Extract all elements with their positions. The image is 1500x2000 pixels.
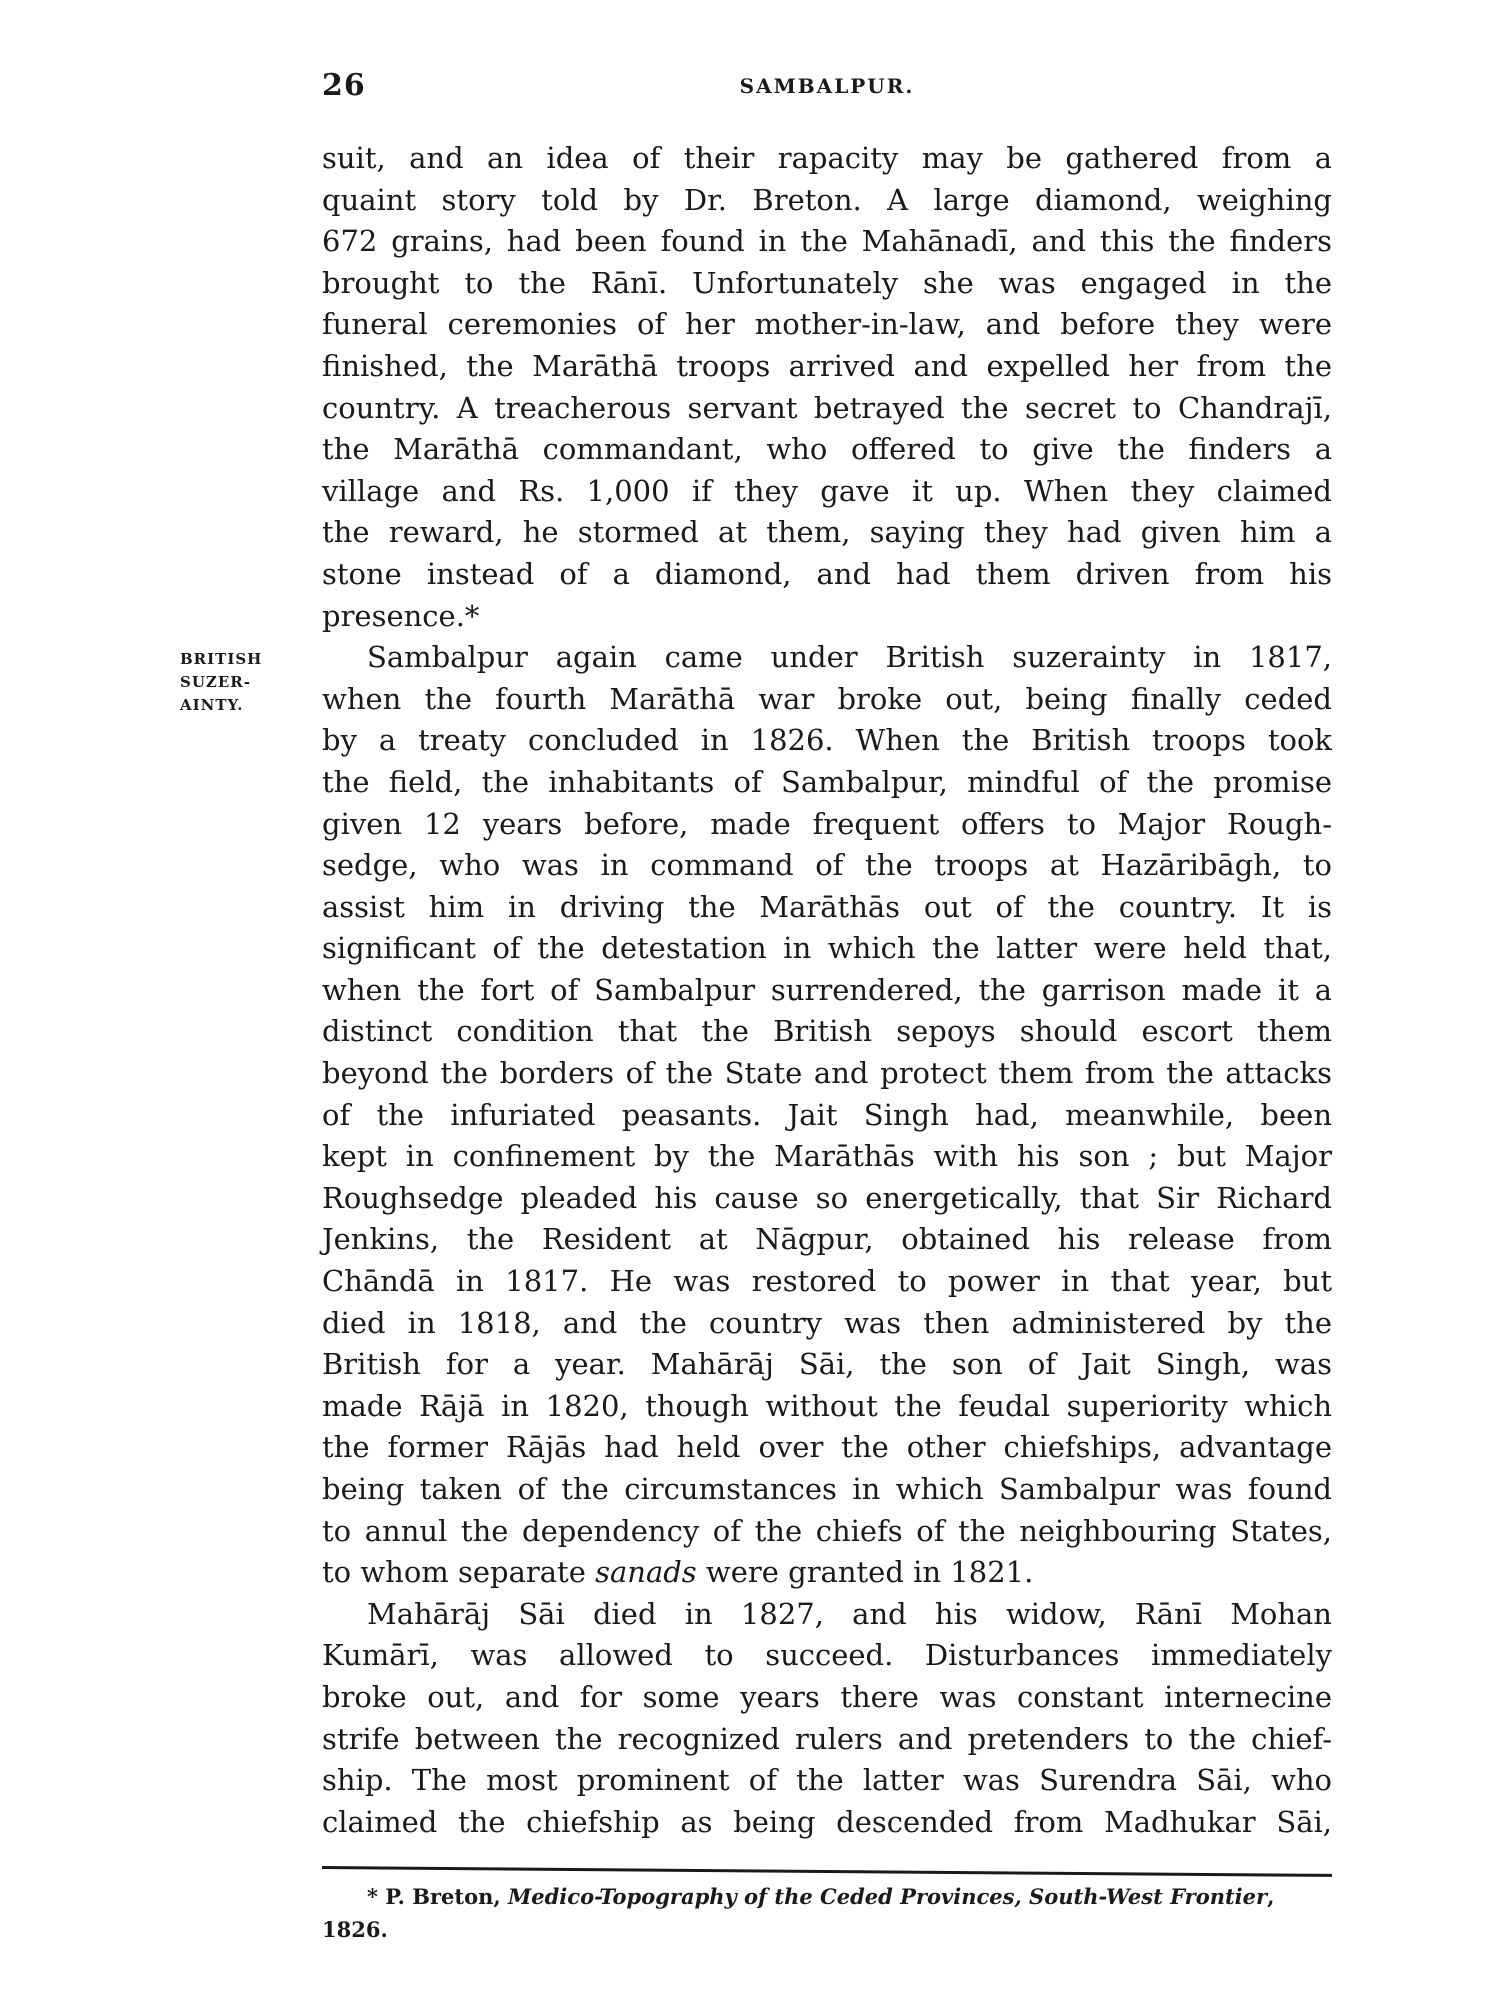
running-head: SAMBALPUR.	[322, 74, 1332, 98]
footnote-suffix: ,	[1267, 1884, 1274, 1909]
text-line: broke out, and for some years there was …	[322, 1677, 1332, 1719]
italic-term: sanads	[595, 1555, 697, 1589]
text-line: strife between the recognized rulers and…	[322, 1719, 1332, 1761]
text-line: sedge, who was in command of the troops …	[322, 845, 1332, 887]
marginal-note: BRITISH SUZER- AINTY.	[180, 648, 290, 717]
footnote: * P. Breton, Medico-Topography of the Ce…	[322, 1880, 1332, 1946]
text-line: kept in confinement by the Marāthās with…	[322, 1136, 1332, 1178]
paragraph: Mahārāj Sāi died in 1827, and his widow,…	[322, 1594, 1332, 1844]
footnote-line: 1826.	[322, 1913, 1332, 1946]
text-line: by a treaty concluded in 1826. When the …	[322, 720, 1332, 762]
text-line: assist him in driving the Marāthās out o…	[322, 887, 1332, 929]
text-line: Chāndā in 1817. He was restored to power…	[322, 1261, 1332, 1303]
text-line: the former Rājās had held over the other…	[322, 1427, 1332, 1469]
marginal-note-line: SUZER-	[180, 671, 290, 694]
text-line: ship. The most prominent of the latter w…	[322, 1760, 1332, 1802]
book-page: 26 SAMBALPUR. BRITISH SUZER- AINTY. suit…	[0, 0, 1500, 2000]
text-fragment: to whom separate	[322, 1555, 595, 1589]
text-line: Kumārī, was allowed to succeed. Disturba…	[322, 1635, 1332, 1677]
text-line: funeral ceremonies of her mother-in-law,…	[322, 304, 1332, 346]
text-line: village and Rs. 1,000 if they gave it up…	[322, 471, 1332, 513]
footnote-line: * P. Breton, Medico-Topography of the Ce…	[322, 1880, 1332, 1913]
text-line: presence.*	[322, 596, 1332, 638]
text-line: Roughsedge pleaded his cause so energeti…	[322, 1178, 1332, 1220]
footnote-title: Medico-Topography of the Ceded Provinces…	[508, 1884, 1267, 1909]
text-line: to whom separate sanads were granted in …	[322, 1552, 1332, 1594]
text-line: stone instead of a diamond, and had them…	[322, 554, 1332, 596]
body-text: suit, and an idea of their rapacity may …	[322, 138, 1332, 1843]
text-line: when the fort of Sambalpur surrendered, …	[322, 970, 1332, 1012]
marginal-note-line: BRITISH	[180, 648, 290, 671]
text-line: of the infuriated peasants. Jait Singh h…	[322, 1095, 1332, 1137]
paragraph: suit, and an idea of their rapacity may …	[322, 138, 1332, 637]
text-line: when the fourth Marāthā war broke out, b…	[322, 679, 1332, 721]
page-header: 26 SAMBALPUR.	[322, 68, 1332, 108]
text-line: beyond the borders of the State and prot…	[322, 1053, 1332, 1095]
text-line: given 12 years before, made frequent off…	[322, 804, 1332, 846]
text-line: suit, and an idea of their rapacity may …	[322, 138, 1332, 180]
text-line: the field, the inhabitants of Sambalpur,…	[322, 762, 1332, 804]
text-line: being taken of the circumstances in whic…	[322, 1469, 1332, 1511]
text-line: distinct condition that the British sepo…	[322, 1011, 1332, 1053]
text-line: quaint story told by Dr. Breton. A large…	[322, 180, 1332, 222]
text-line: significant of the detestation in which …	[322, 928, 1332, 970]
text-line: to annul the dependency of the chiefs of…	[322, 1511, 1332, 1553]
text-line: the reward, he stormed at them, saying t…	[322, 512, 1332, 554]
text-line: British for a year. Mahārāj Sāi, the son…	[322, 1344, 1332, 1386]
text-line: finished, the Marāthā troops arrived and…	[322, 346, 1332, 388]
text-line: country. A treacherous servant betrayed …	[322, 388, 1332, 430]
footnote-divider	[322, 1866, 1332, 1877]
text-line: Mahārāj Sāi died in 1827, and his widow,…	[322, 1594, 1332, 1636]
text-line: died in 1818, and the country was then a…	[322, 1303, 1332, 1345]
text-line: the Marāthā commandant, who offered to g…	[322, 429, 1332, 471]
footnote-marker: * P. Breton,	[367, 1884, 508, 1909]
paragraph: Sambalpur again came under British suzer…	[322, 637, 1332, 1594]
text-line: claimed the chiefship as being descended…	[322, 1802, 1332, 1844]
text-fragment: were granted in 1821.	[697, 1555, 1034, 1589]
text-line: brought to the Rānī. Unfortunately she w…	[322, 263, 1332, 305]
text-line: made Rājā in 1820, though without the fe…	[322, 1386, 1332, 1428]
text-line: Jenkins, the Resident at Nāgpur, obtaine…	[322, 1219, 1332, 1261]
text-line: 672 grains, had been found in the Mahāna…	[322, 221, 1332, 263]
marginal-note-line: AINTY.	[180, 694, 290, 717]
text-line: Sambalpur again came under British suzer…	[322, 637, 1332, 679]
